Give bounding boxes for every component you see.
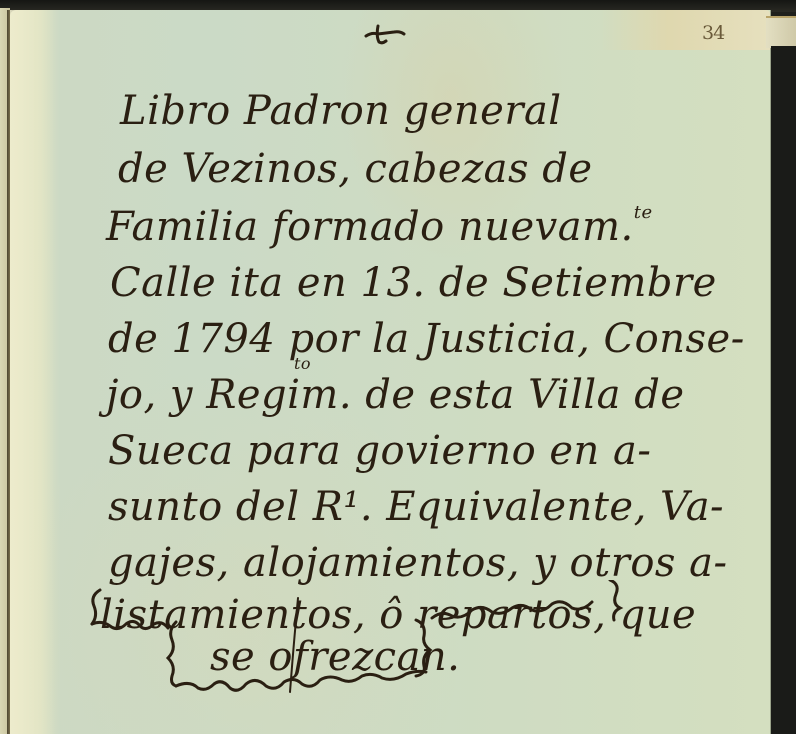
text-line-5: de 1794 por la Justicia, Conse- (108, 316, 745, 362)
text-line-4: Calle ita en 13. de Setiembre (110, 260, 717, 306)
text-line-6-body: jo, y Regim. de esta Villa de (106, 372, 685, 418)
scan-right-background (771, 46, 796, 734)
page-stain (600, 10, 770, 50)
text-line-6: jo, y Regim. de esta Villa de (106, 372, 685, 418)
text-line-2: de Vezinos, cabezas de (118, 146, 593, 192)
text-line-3-body: Familia formado nuevam. (106, 204, 634, 250)
manuscript-scan: 34 Libro Padron general de Vezinos, cabe… (0, 0, 796, 734)
text-line-1: Libro Padron general (120, 88, 562, 134)
page-fold-shading (10, 10, 55, 734)
page-tab-edge (766, 16, 796, 48)
superscript-te: te (634, 202, 653, 223)
text-line-7: Sueca para govierno en a- (108, 428, 651, 474)
bracket-flourish-icon (80, 580, 640, 700)
folio-number: 34 (702, 22, 724, 44)
header-t-mark-icon (364, 22, 406, 46)
superscript-to: to (294, 354, 311, 373)
text-line-3: Familia formado nuevam.te (106, 202, 653, 250)
text-line-8: sunto del R¹. Equivalente, Va- (108, 484, 724, 530)
